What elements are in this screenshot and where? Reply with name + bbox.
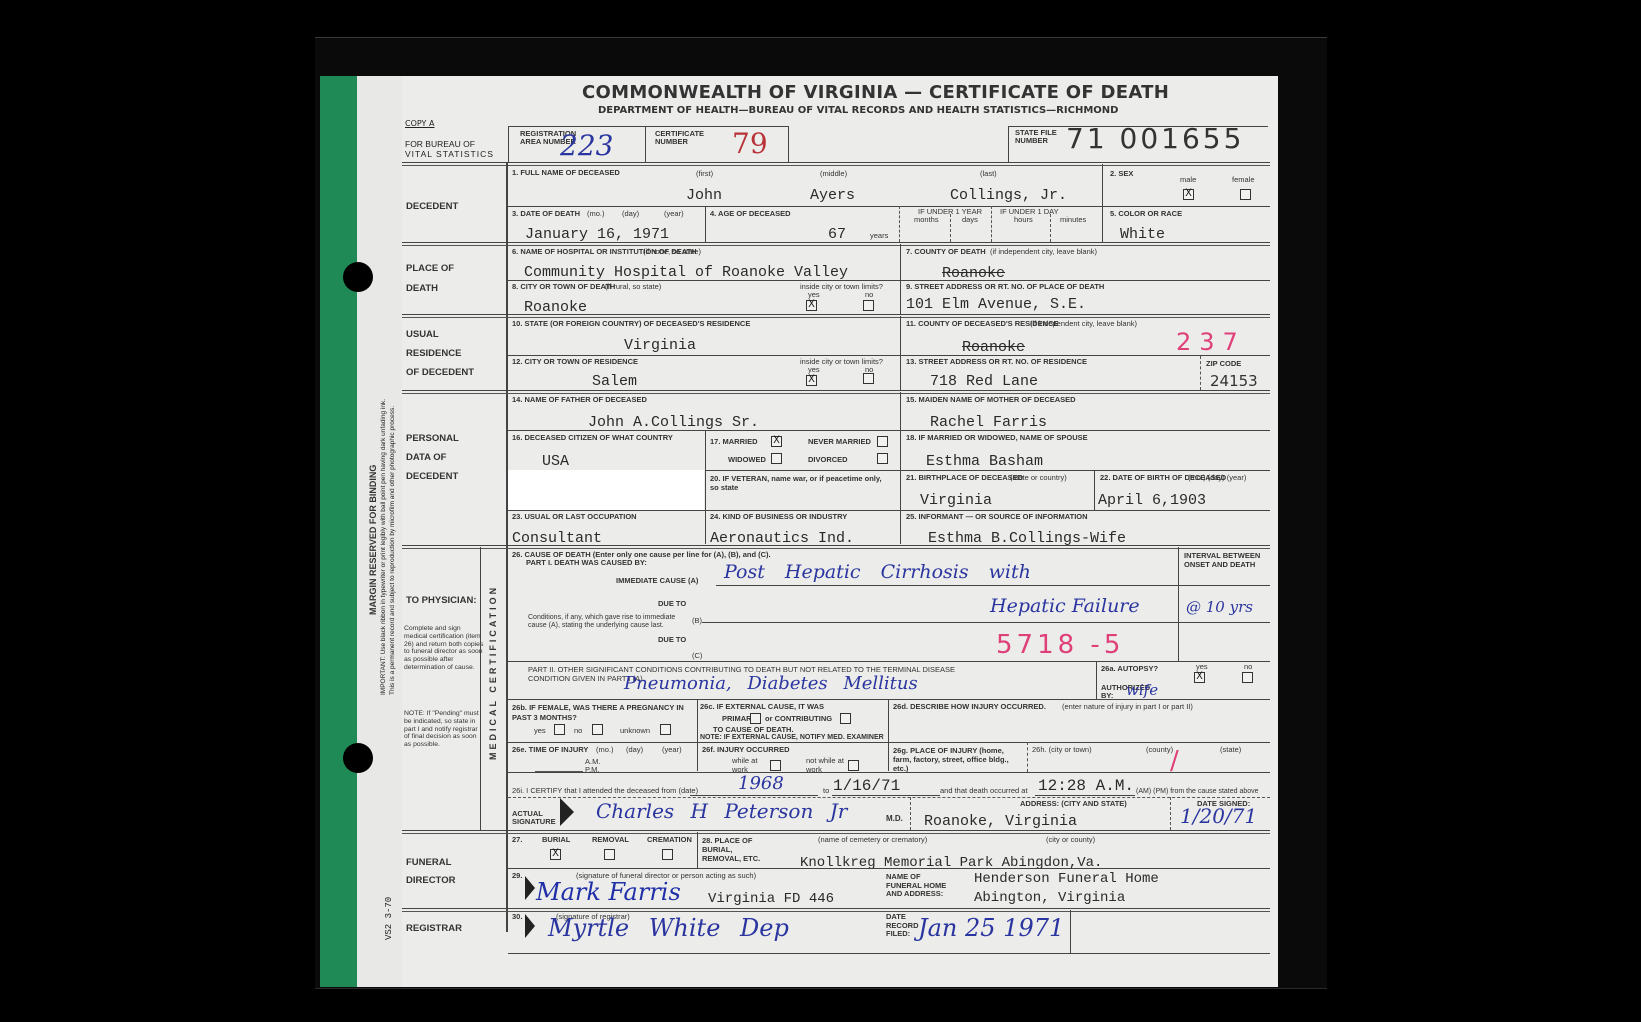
interval-b: @ 10 yrs: [1186, 600, 1253, 615]
funeral-home-address: Abington, Virginia: [974, 891, 1125, 905]
registrar-signature: Myrtle White Dep: [548, 916, 789, 940]
section-decedent: DECEDENT: [406, 202, 458, 212]
cremation-checkbox[interactable]: [662, 849, 673, 860]
state-file-number: 71 001655: [1066, 125, 1244, 153]
signature-arrow-icon: [525, 914, 535, 938]
injury-at-work-checkbox[interactable]: [770, 760, 781, 771]
decedent-middle-name: Ayers: [810, 188, 855, 203]
green-binding-strip: [320, 76, 357, 987]
bureau-label: VITAL STATISTICS: [405, 150, 494, 159]
injury-not-at-work-checkbox[interactable]: [848, 760, 859, 771]
sex-female-checkbox[interactable]: [1240, 189, 1251, 200]
redacted-field: [508, 470, 704, 510]
binding-title: MARGIN RESERVED FOR BINDING: [368, 465, 378, 615]
date-signed: 1/20/71: [1180, 806, 1257, 826]
punch-hole: [343, 262, 373, 292]
married-checkbox[interactable]: X: [771, 436, 782, 447]
conditions-note: Conditions, if any, which gave rise to i…: [528, 614, 678, 630]
physician-note: Complete and sign medical certification …: [404, 625, 484, 672]
residence-county: Roanoke: [962, 340, 1025, 355]
removal-checkbox[interactable]: [604, 849, 615, 860]
mother-maiden-name: Rachel Farris: [930, 415, 1047, 430]
punch-hole: [343, 743, 373, 773]
residence-state: Virginia: [624, 338, 696, 353]
industry: Aeronautics Ind.: [710, 531, 854, 546]
instruction-1: IMPORTANT: Use black ribbon in typewrite…: [380, 399, 387, 695]
residence-city: Salem: [592, 374, 637, 389]
pending-note: NOTE: If "Pending" must be indicated, so…: [404, 710, 484, 749]
death-time: 12:28 A.M.: [1038, 778, 1134, 794]
divorced-checkbox[interactable]: [877, 453, 888, 464]
signature-arrow-icon: [560, 798, 574, 826]
date-of-death: January 16, 1971: [525, 227, 669, 242]
race: White: [1120, 227, 1165, 242]
instruction-2: This is a permanent record and subject t…: [389, 406, 396, 695]
hospital-name: Community Hospital of Roanoke Valley: [524, 265, 848, 280]
street-of-death: 101 Elm Avenue, S.E.: [906, 297, 1086, 312]
birthplace: Virginia: [920, 493, 992, 508]
date-of-birth: April 6,1903: [1098, 493, 1206, 508]
spouse-name: Esthma Basham: [926, 454, 1043, 469]
date-filed: Jan 25 1971: [918, 916, 1064, 940]
decedent-first-name: John: [686, 188, 722, 203]
cause-b: Hepatic Failure: [990, 597, 1140, 616]
medical-certification-label: MEDICAL CERTIFICATION: [488, 585, 498, 760]
cause-a: Post Hepatic Cirrhosis with: [724, 563, 1031, 582]
residence-street: 718 Red Lane: [930, 374, 1038, 389]
autopsy-no-checkbox[interactable]: [1242, 672, 1253, 683]
cause-code: 5718 -5: [996, 632, 1124, 658]
city-of-death: Roanoke: [524, 300, 587, 315]
registration-number: 223: [560, 132, 613, 160]
death-inside-limits-no[interactable]: [863, 300, 874, 311]
widowed-checkbox[interactable]: [771, 453, 782, 464]
residence-inside-limits-no[interactable]: [863, 373, 874, 384]
external-contributing-checkbox[interactable]: [840, 713, 851, 724]
physician-address: Roanoke, Virginia: [924, 814, 1077, 829]
funeral-director-signature: Mark Farris: [536, 880, 681, 904]
pregnancy-yes-checkbox[interactable]: [554, 724, 565, 735]
death-inside-limits-yes[interactable]: X: [806, 300, 817, 311]
citizenship: USA: [542, 454, 569, 469]
bureau-label: FOR BUREAU OF: [405, 140, 475, 149]
form-code: VS2 3-70: [384, 897, 394, 940]
autopsy-authorized-by: wife: [1126, 683, 1158, 698]
county-of-death: Roanoke: [942, 266, 1005, 281]
external-primary-checkbox[interactable]: [750, 713, 761, 724]
attended-to: 1/16/71: [833, 778, 900, 794]
residence-inside-limits-yes[interactable]: X: [806, 375, 817, 386]
certificate-number: 79: [732, 130, 768, 158]
pregnancy-unknown-checkbox[interactable]: [660, 724, 671, 735]
pregnancy-no-checkbox[interactable]: [592, 724, 603, 735]
attended-from: 1968: [738, 775, 784, 793]
county-code: 237: [1176, 330, 1246, 354]
certificate-subtitle: DEPARTMENT OF HEALTH—BUREAU OF VITAL REC…: [598, 106, 1118, 116]
signature-arrow-icon: [525, 876, 535, 900]
sex-male-checkbox[interactable]: X: [1183, 189, 1194, 200]
copy-label: COPY A: [405, 120, 434, 128]
informant: Esthma B.Collings-Wife: [928, 531, 1126, 546]
funeral-home-name: Henderson Funeral Home: [974, 872, 1159, 886]
burial-checkbox[interactable]: X: [550, 849, 561, 860]
part2-conditions: Pneumonia, Diabetes Mellitus: [624, 675, 918, 693]
certificate-title: COMMONWEALTH OF VIRGINIA — CERTIFICATE O…: [582, 84, 1169, 102]
decedent-last-name: Collings, Jr.: [950, 188, 1067, 203]
occupation: Consultant: [512, 531, 602, 546]
never-married-checkbox[interactable]: [877, 436, 888, 447]
injury-mark: /: [1170, 748, 1179, 774]
age: 67: [828, 227, 846, 242]
autopsy-yes-checkbox[interactable]: X: [1194, 672, 1205, 683]
father-name: John A.Collings Sr.: [588, 415, 759, 430]
zip-code: 24153: [1210, 374, 1258, 389]
physician-signature: Charles H Peterson Jr: [596, 801, 847, 821]
funeral-license: Virginia FD 446: [708, 892, 834, 906]
